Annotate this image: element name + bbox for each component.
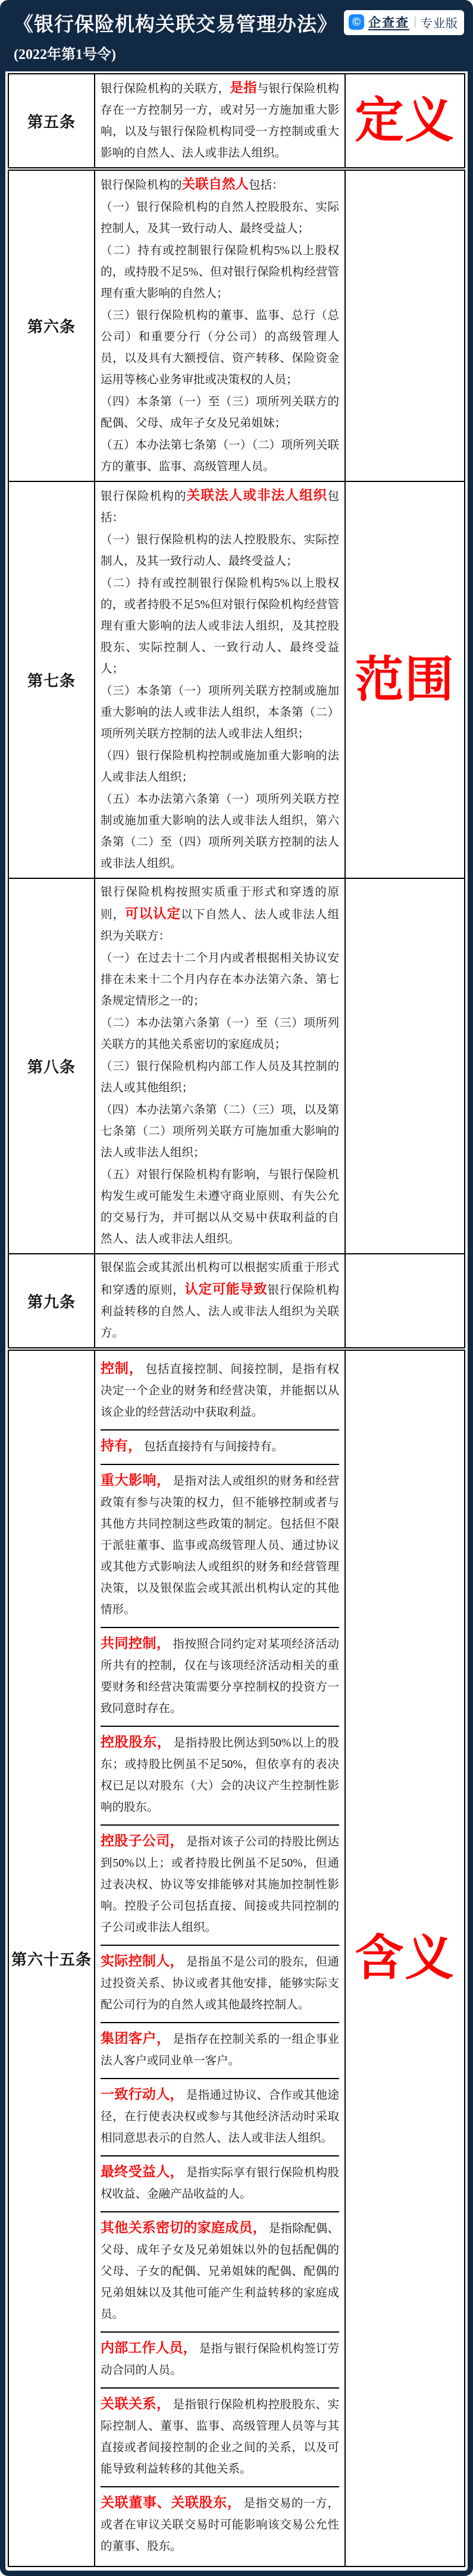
document-header: 《银行保险机构关联交易管理办法》 (2022年第1号令) © 企查查 | 专业版 [5,5,468,71]
brand-badge: © 企查查 | 专业版 [344,10,464,35]
definition-term: 关联关系， [101,2396,173,2411]
definition-term: 关联董事、关联股东， [101,2495,243,2510]
brand-edition: 专业版 [421,14,458,31]
content-paragraph: 银行保险机构按照实质重于形式和穿透的原则，可以认定以下自然人、法人或非法人组织为… [101,882,339,947]
body-text: （四）银行保险机构控制或施加重大影响的法人或非法人组织； [101,750,339,784]
definition-block: 重大影响，是指对法人或组织的财务和经营政策有参与决策的权力，但不能够控制或者与其… [101,1465,339,1628]
definition-term: 集团客户， [101,2031,173,2046]
article-content: 银行保险机构按照实质重于形式和穿透的原则，可以认定以下自然人、法人或非法人组织为… [95,878,345,1254]
body-text: 银行保险机构的 [101,179,182,192]
body-text: 银行保险机构的关联方， [101,83,230,95]
definition-term: 控股股东， [101,1735,174,1749]
rules-table-body: 第五条银行保险机构的关联方，是指与银行保险机构存在一方控制另一方，或对另一方施加… [8,74,465,2566]
definition-text: 是指对该子公司的持股比例达到50%以上；或者持股比例虽不足50%，但通过表决权、… [101,1836,339,1934]
definition-block: 共同控制，指按照合同约定对某项经济活动所共有的控制，仅在与该项经济活动相关的重要… [101,1628,339,1727]
article-content: 银行保险机构的关联方，是指与银行保险机构存在一方控制另一方，或对另一方施加重大影… [95,74,345,169]
definition-term: 其他关系密切的家庭成员， [101,2220,269,2235]
definition-block: 其他关系密切的家庭成员，是指除配偶、父母、成年子女及兄弟姐妹以外的包括配偶的父母… [101,2212,339,2333]
definition-block: 内部工作人员，是指与银行保险机构签订劳动合同的人员。 [101,2333,339,2389]
annotation-cell: 范围 [345,481,465,878]
content-paragraph: 银行保险机构的关联自然人包括： [101,174,339,196]
definition-term: 内部工作人员， [101,2340,199,2355]
qichacha-logo-icon: © [349,14,364,30]
content-paragraph: 银行保险机构的关联方，是指与银行保险机构存在一方控制另一方，或对另一方施加重大影… [101,77,339,164]
body-text: （三）本条第（一）项所列关联方控制或施加重大影响的法人或非法人组织，本条第（二）… [101,685,339,740]
definition-term: 最终受益人， [101,2164,186,2179]
table-row: 第九条银保监会或其派出机构可以根据实质重于形式和穿透的原则，认定可能导致银行保险… [8,1254,465,1349]
content-paragraph: （三）本条第（一）项所列关联方控制或施加重大影响的法人或非法人组织，本条第（二）… [101,681,339,745]
rules-table-wrap: 第五条银行保险机构的关联方，是指与银行保险机构存在一方控制另一方，或对另一方施加… [5,71,468,2571]
definition-block: 最终受益人，是指实际享有银行保险机构股权收益、金融产品收益的人。 [101,2156,339,2212]
content-paragraph: （三）银行保险机构的董事、监事、总行（总公司）和重要分行（分公司）的高级管理人员… [101,305,339,391]
content-paragraph: 银行保险机构的关联法人或非法人组织包括： [101,485,339,529]
body-text: （五）本办法第六条第（一）项所列关联方控制或施加重大影响的法人或非法人组织，第六… [101,793,339,870]
content-paragraph: （五）本办法第六条第（一）项所列关联方控制或施加重大影响的法人或非法人组织，第六… [101,789,339,875]
body-text: （五）对银行保险机构有影响，与银行保险机构发生或可能发生未遵守商业原则、有失公允… [101,1169,339,1245]
definition-term: 一致行动人， [101,2087,186,2102]
content-paragraph: 银保监会或其派出机构可以根据实质重于形式和穿透的原则，认定可能导致银行保险机构利… [101,1257,339,1344]
definition-block: 一致行动人，是指通过协议、合作或其他途径，在行使表决权或参与其他经济活动时采取相… [101,2079,339,2156]
body-text: （二）持有或控制银行保险机构5%以上股权的，或者持股不足5%但对银行保险机构经营… [101,577,339,675]
body-text: 银行保险机构的 [101,490,187,503]
body-text: 包括： [249,179,284,192]
red-highlight-text: 可以认定 [125,906,181,921]
annotation-cell [345,1254,465,1349]
annotation-cell: 定义 [345,74,465,169]
table-row: 第七条银行保险机构的关联法人或非法人组织包括：（一）银行保险机构的法人控股股东、… [8,481,465,878]
definition-block: 控股子公司，是指对该子公司的持股比例达到50%以上；或者持股比例虽不足50%，但… [101,1826,339,1946]
body-text: （二）持有或控制银行保险机构5%以上股权的，或持股不足5%、但对银行保险机构经营… [101,245,339,300]
definition-term: 控制， [101,1361,146,1376]
content-paragraph: （二）持有或控制银行保险机构5%以上股权的，或持股不足5%、但对银行保险机构经营… [101,240,339,305]
table-row: 第五条银行保险机构的关联方，是指与银行保险机构存在一方控制另一方，或对另一方施加… [8,74,465,169]
body-text: （三）银行保险机构的董事、监事、总行（总公司）和重要分行（分公司）的高级管理人员… [101,309,339,386]
content-paragraph: （四）银行保险机构控制或施加重大影响的法人或非法人组织； [101,746,339,788]
article-number-label: 第六十五条 [8,1349,95,2566]
definition-text: 是指对法人或组织的财务和经营政策有参与决策的权力，但不能够控制或者与其他方共同控… [101,1475,339,1616]
article-content: 银行保险机构的关联自然人包括：（一）银行保险机构的自然人控股股东、实际控制人，及… [95,169,345,481]
definition-term: 持有， [101,1438,144,1453]
article-number-label: 第八条 [8,878,95,1254]
annotation-cell [345,878,465,1254]
definition-block: 持有，包括直接持有与间接持有。 [101,1431,339,1465]
page-subtitle: (2022年第1号令) [14,42,459,63]
margin-annotation: 含义 [355,1931,455,1985]
article-content: 银行保险机构的关联法人或非法人组织包括：（一）银行保险机构的法人控股股东、实际控… [95,481,345,878]
red-highlight-text: 关联法人或非法人组织 [187,488,328,503]
article-number-label: 第六条 [8,169,95,481]
definition-term: 共同控制， [101,1636,173,1651]
rules-table: 第五条银行保险机构的关联方，是指与银行保险机构存在一方控制另一方，或对另一方施加… [8,73,465,2567]
article-content: 控制，包括直接控制、间接控制，是指有权决定一个企业的财务和经营决策，并能据以从该… [95,1349,345,2566]
definition-block: 控制，包括直接控制、间接控制，是指有权决定一个企业的财务和经营决策，并能据以从该… [101,1353,339,1431]
content-paragraph: （五）本办法第七条第（一）（二）项所列关联方的董事、监事、高级管理人员。 [101,435,339,478]
table-row: 第六条银行保险机构的关联自然人包括：（一）银行保险机构的自然人控股股东、实际控制… [8,169,465,481]
definition-text: 是指除配偶、父母、成年子女及兄弟姐妹以外的包括配偶的父母、子女的配偶、兄弟姐妹的… [101,2223,339,2321]
red-highlight-text: 认定可能导致 [184,1282,267,1297]
body-text: （一）在过去十二个月内或者根据相关协议安排在未来十二个月内存在本办法第六条、第七… [101,952,339,1007]
definition-term: 实际控制人， [101,1954,186,1968]
table-row: 第六十五条控制，包括直接控制、间接控制，是指有权决定一个企业的财务和经营决策，并… [8,1349,465,2566]
definition-text: 包括直接持有与间接持有。 [144,1441,283,1453]
definition-term: 重大影响， [101,1473,173,1488]
definition-term: 控股子公司， [101,1833,186,1848]
body-text: （一）银行保险机构的法人控股股东、实际控制人，及其一致行动人、最终受益人； [101,534,339,568]
body-text: （四）本条第（一）至（三）项所列关联方的配偶、父母、成年子女及兄弟姐妹； [101,396,339,430]
definition-block: 集团客户，是指存在控制关系的一组企事业法人客户或同业单一客户。 [101,2023,339,2079]
margin-annotation: 范围 [355,653,455,707]
content-paragraph: （一）在过去十二个月内或者根据相关协议安排在未来十二个月内存在本办法第六条、第七… [101,948,339,1012]
body-text: （五）本办法第七条第（一）（二）项所列关联方的董事、监事、高级管理人员。 [101,439,339,473]
definition-block: 控股股东，是指持股比例达到50%以上的股东；或持股比例虽不足50%，但依享有的表… [101,1727,339,1826]
content-paragraph: （一）银行保险机构的自然人控股股东、实际控制人，及其一致行动人、最终受益人； [101,197,339,240]
margin-annotation: 定义 [355,93,455,148]
definition-block: 关联关系，是指银行保险机构控股股东、实际控制人、董事、监事、高级管理人员等与其直… [101,2389,339,2487]
red-highlight-text: 关联自然人 [182,177,249,192]
red-highlight-text: 是指 [230,80,257,95]
table-row: 第八条银行保险机构按照实质重于形式和穿透的原则，可以认定以下自然人、法人或非法人… [8,878,465,1254]
content-paragraph: （二）本办法第六条第（一）至（三）项所列关联方的其他关系密切的家庭成员； [101,1013,339,1056]
content-paragraph: （四）本条第（一）至（三）项所列关联方的配偶、父母、成年子女及兄弟姐妹； [101,392,339,434]
content-paragraph: （四）本办法第六条第（二）（三）项，以及第七条第（二）项所列关联方可施加重大影响… [101,1100,339,1164]
content-paragraph: （一）银行保险机构的法人控股股东、实际控制人，及其一致行动人、最终受益人； [101,530,339,572]
document-frame: 《银行保险机构关联交易管理办法》 (2022年第1号令) © 企查查 | 专业版… [0,0,473,2576]
body-text: （三）银行保险机构内部工作人员及其控制的法人或其他组织； [101,1060,339,1094]
brand-name: 企查查 [368,13,409,31]
definition-block: 实际控制人，是指虽不是公司的股东，但通过投资关系、协议或者其他安排，能够实际支配… [101,1946,339,2023]
body-text: （二）本办法第六条第（一）至（三）项所列关联方的其他关系密切的家庭成员； [101,1017,339,1051]
definition-block: 关联董事、关联股东，是指交易的一方，或者在审议关联交易时可能影响该交易公允性的董… [101,2487,339,2564]
content-paragraph: （二）持有或控制银行保险机构5%以上股权的，或者持股不足5%但对银行保险机构经营… [101,573,339,680]
article-number-label: 第九条 [8,1254,95,1349]
brand-divider: | [414,15,416,29]
annotation-cell [345,169,465,481]
article-number-label: 第五条 [8,74,95,169]
body-text: （四）本办法第六条第（二）（三）项，以及第七条第（二）项所列关联方可施加重大影响… [101,1104,339,1159]
annotation-cell: 含义 [345,1349,465,2566]
body-text: （一）银行保险机构的自然人控股股东、实际控制人，及其一致行动人、最终受益人； [101,201,339,235]
content-paragraph: （五）对银行保险机构有影响，与银行保险机构发生或可能发生未遵守商业原则、有失公允… [101,1165,339,1250]
article-content: 银保监会或其派出机构可以根据实质重于形式和穿透的原则，认定可能导致银行保险机构利… [95,1254,345,1349]
article-number-label: 第七条 [8,481,95,878]
content-paragraph: （三）银行保险机构内部工作人员及其控制的法人或其他组织； [101,1056,339,1099]
